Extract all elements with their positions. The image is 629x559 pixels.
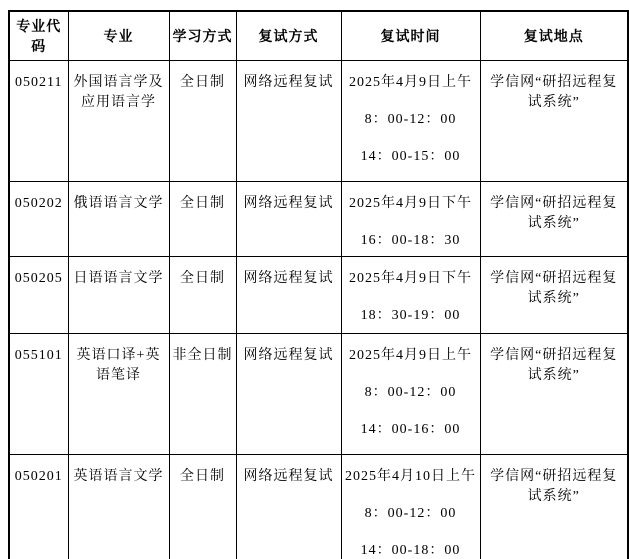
cell-reexam-location: 学信网“研招远程复试系统”	[480, 61, 628, 182]
cell-major-code: 050201	[9, 455, 68, 559]
cell-reexam-method: 网络远程复试	[236, 257, 341, 334]
cell-major: 俄语语言文学	[68, 182, 169, 257]
cell-major-code: 055101	[9, 334, 68, 455]
table-row: 050202 俄语语言文学 全日制 网络远程复试 2025年4月9日下午 16：…	[9, 182, 628, 257]
header-reexam-time: 复试时间	[341, 11, 480, 61]
cell-study-mode: 全日制	[169, 455, 236, 559]
cell-reexam-location: 学信网“研招远程复试系统”	[480, 334, 628, 455]
reexam-time-slot: 14：00-16：00	[345, 420, 477, 440]
reexam-time-slot: 14：00-15：00	[345, 147, 477, 167]
header-row: 专业代码 专业 学习方式 复试方式 复试时间 复试地点	[9, 11, 628, 61]
cell-study-mode: 非全日制	[169, 334, 236, 455]
table-row: 050205 日语语言文学 全日制 网络远程复试 2025年4月9日下午 18：…	[9, 257, 628, 334]
reexam-date: 2025年4月9日上午	[345, 346, 477, 366]
reexam-schedule-table: 专业代码 专业 学习方式 复试方式 复试时间 复试地点 050211 外国语言学…	[8, 10, 629, 559]
table-row: 050211 外国语言学及应用语言学 全日制 网络远程复试 2025年4月9日上…	[9, 61, 628, 182]
header-study-mode: 学习方式	[169, 11, 236, 61]
cell-reexam-time: 2025年4月10日上午 8：00-12：00 14：00-18：00	[341, 455, 480, 559]
reexam-time-slot: 8：00-12：00	[345, 504, 477, 524]
cell-reexam-time: 2025年4月9日上午 8：00-12：00 14：00-15：00	[341, 61, 480, 182]
cell-major: 英语语言文学	[68, 455, 169, 559]
cell-major-code: 050202	[9, 182, 68, 257]
cell-study-mode: 全日制	[169, 182, 236, 257]
cell-reexam-time: 2025年4月9日下午 16：00-18：30	[341, 182, 480, 257]
cell-major: 英语口译+英语笔译	[68, 334, 169, 455]
cell-reexam-time: 2025年4月9日上午 8：00-12：00 14：00-16：00	[341, 334, 480, 455]
cell-major: 日语语言文学	[68, 257, 169, 334]
cell-study-mode: 全日制	[169, 61, 236, 182]
cell-major: 外国语言学及应用语言学	[68, 61, 169, 182]
cell-reexam-location: 学信网“研招远程复试系统”	[480, 455, 628, 559]
cell-study-mode: 全日制	[169, 257, 236, 334]
reexam-time-slot: 16：00-18：30	[345, 231, 477, 251]
header-reexam-location: 复试地点	[480, 11, 628, 61]
cell-reexam-method: 网络远程复试	[236, 334, 341, 455]
header-major-code: 专业代码	[9, 11, 68, 61]
cell-reexam-method: 网络远程复试	[236, 182, 341, 257]
cell-reexam-method: 网络远程复试	[236, 455, 341, 559]
table-row: 055101 英语口译+英语笔译 非全日制 网络远程复试 2025年4月9日上午…	[9, 334, 628, 455]
cell-major-code: 050211	[9, 61, 68, 182]
reexam-date: 2025年4月9日下午	[345, 194, 477, 214]
cell-reexam-time: 2025年4月9日下午 18：30-19：00	[341, 257, 480, 334]
header-major: 专业	[68, 11, 169, 61]
cell-reexam-location: 学信网“研招远程复试系统”	[480, 182, 628, 257]
reexam-date: 2025年4月10日上午	[345, 467, 477, 487]
reexam-time-slot: 8：00-12：00	[345, 110, 477, 130]
reexam-time-slot: 18：30-19：00	[345, 306, 477, 326]
cell-major-code: 050205	[9, 257, 68, 334]
header-reexam-method: 复试方式	[236, 11, 341, 61]
document-page: 专业代码 专业 学习方式 复试方式 复试时间 复试地点 050211 外国语言学…	[0, 0, 629, 559]
reexam-date: 2025年4月9日上午	[345, 73, 477, 93]
reexam-time-slot: 8：00-12：00	[345, 383, 477, 403]
reexam-date: 2025年4月9日下午	[345, 269, 477, 289]
table-row: 050201 英语语言文学 全日制 网络远程复试 2025年4月10日上午 8：…	[9, 455, 628, 559]
reexam-time-slot: 14：00-18：00	[345, 541, 477, 559]
cell-reexam-method: 网络远程复试	[236, 61, 341, 182]
cell-reexam-location: 学信网“研招远程复试系统”	[480, 257, 628, 334]
